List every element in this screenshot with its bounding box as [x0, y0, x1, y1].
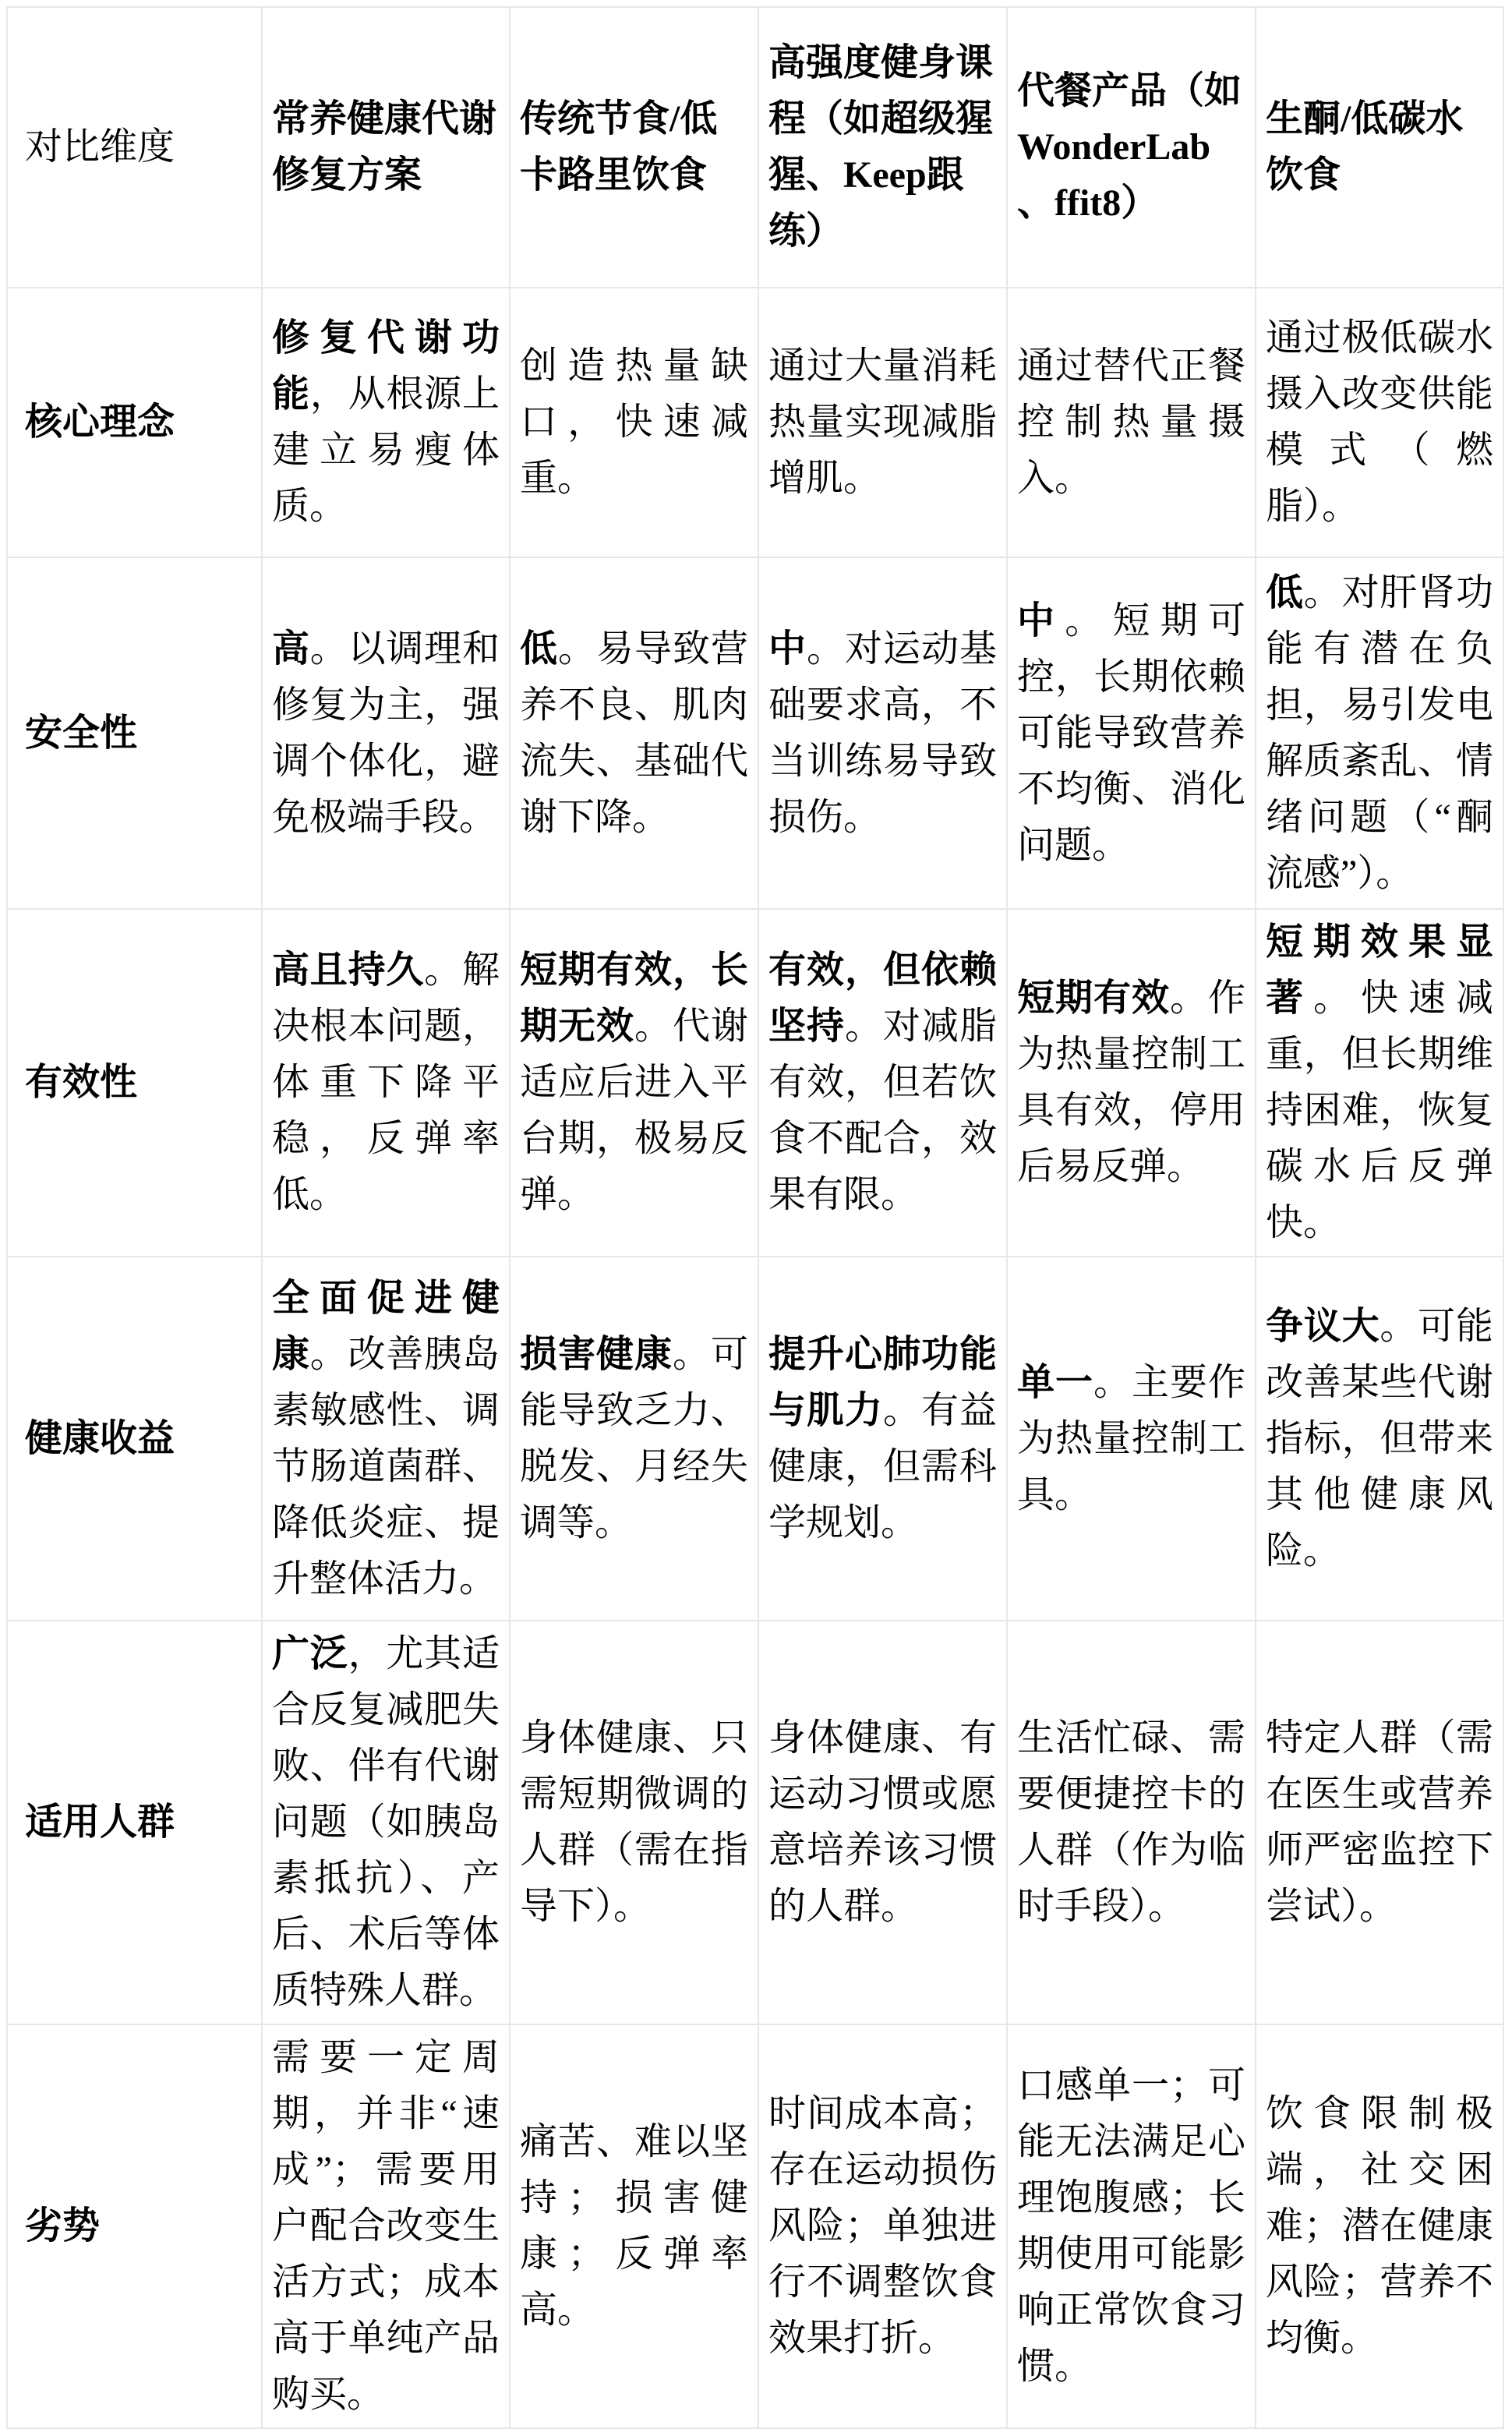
- table-row-3: 健康收益全面促进健康。改善胰岛素敏感性、调节肠道菌群、降低炎症、提升整体活力。损…: [7, 1257, 1503, 1621]
- row-header-4: 适用人群: [7, 1621, 262, 2024]
- cell-text: 创造热量缺口，快速减重。: [520, 345, 748, 499]
- cell-text: 特定人群（需在医生或营养师严密监控下尝试）。: [1266, 1717, 1493, 1927]
- cell-r5-c0: 需要一定周期，并非“速成”；需要用户配合改变生活方式；成本高于单纯产品购买。: [262, 2024, 510, 2428]
- cell-r3-c0: 全面促进健康。改善胰岛素敏感性、调节肠道菌群、降低炎症、提升整体活力。: [262, 1257, 510, 1621]
- cell-r5-c3: 口感单一；可能无法满足心理饱腹感；长期使用可能影响正常饮食习惯。: [1007, 2024, 1256, 2428]
- cell-r0-c4: 通过极低碳水摄入改变供能模式（燃脂）。: [1256, 288, 1503, 557]
- column-header-0: 对比维度: [7, 7, 262, 288]
- column-header-4: 代餐产品（如WonderLab、ffit8）: [1007, 7, 1256, 288]
- column-header-5: 生酮/低碳水饮食: [1256, 7, 1503, 288]
- table-row-0: 核心理念修复代谢功能，从根源上建立易瘦体质。创造热量缺口，快速减重。通过大量消耗…: [7, 288, 1503, 557]
- cell-text: 时间成本高；存在运动损伤风险；单独进行不调整饮食效果打折。: [768, 2093, 997, 2359]
- table-row-2: 有效性高且持久。解决根本问题，体重下降平稳，反弹率低。短期有效，长期无效。代谢适…: [7, 909, 1503, 1257]
- cell-r5-c2: 时间成本高；存在运动损伤风险；单独进行不调整饮食效果打折。: [758, 2024, 1007, 2428]
- table-header: 对比维度常养健康代谢修复方案传统节食/低卡路里饮食高强度健身课程（如超级猩猩、K…: [7, 7, 1503, 288]
- cell-r3-c2: 提升心肺功能与肌力。有益健康，但需科学规划。: [758, 1257, 1007, 1621]
- table-row-5: 劣势需要一定周期，并非“速成”；需要用户配合改变生活方式；成本高于单纯产品购买。…: [7, 2024, 1503, 2428]
- cell-lead-bold: 中: [768, 628, 807, 670]
- cell-r1-c1: 低。易导致营养不良、肌肉流失、基础代谢下降。: [510, 557, 758, 909]
- cell-text: 身体健康、有运动习惯或愿意培养该习惯的人群。: [768, 1717, 997, 1927]
- row-header-2: 有效性: [7, 909, 262, 1257]
- column-header-1: 常养健康代谢修复方案: [262, 7, 510, 288]
- cell-text: 通过大量消耗热量实现减脂增肌。: [768, 345, 997, 499]
- cell-r4-c1: 身体健康、只需短期微调的人群（需在指导下）。: [510, 1621, 758, 2024]
- row-header-5: 劣势: [7, 2024, 262, 2428]
- row-header-3: 健康收益: [7, 1257, 262, 1621]
- cell-r1-c3: 中。短期可控，长期依赖可能导致营养不均衡、消化问题。: [1007, 557, 1256, 909]
- cell-r3-c4: 争议大。可能改善某些代谢指标，但带来其他健康风险。: [1256, 1257, 1503, 1621]
- cell-lead-bold: 低: [520, 628, 558, 670]
- cell-text: 痛苦、难以坚持；损害健康；反弹率高。: [520, 2121, 748, 2331]
- cell-r3-c1: 损害健康。可能导致乏力、脱发、月经失调等。: [510, 1257, 758, 1621]
- cell-r5-c4: 饮食限制极端，社交困难；潜在健康风险；营养不均衡。: [1256, 2024, 1503, 2428]
- table-row-1: 安全性高。以调理和修复为主，强调个体化，避免极端手段。低。易导致营养不良、肌肉流…: [7, 557, 1503, 909]
- header-row: 对比维度常养健康代谢修复方案传统节食/低卡路里饮食高强度健身课程（如超级猩猩、K…: [7, 7, 1503, 288]
- cell-lead-bold: 单一: [1017, 1362, 1093, 1403]
- row-header-0: 核心理念: [7, 288, 262, 557]
- cell-r4-c3: 生活忙碌、需要便捷控卡的人群（作为临时手段）。: [1007, 1621, 1256, 2024]
- cell-text: 通过替代正餐控制热量摄入。: [1017, 345, 1245, 499]
- cell-text: 通过极低碳水摄入改变供能模式（燃脂）。: [1266, 317, 1493, 527]
- cell-lead-bold: 中: [1017, 600, 1065, 642]
- cell-r4-c0: 广泛，尤其适合反复减肥失败、伴有代谢问题（如胰岛素抵抗）、产后、术后等体质特殊人…: [262, 1621, 510, 2024]
- cell-lead-bold: 短期有效: [1017, 978, 1170, 1019]
- cell-lead-bold: 高: [272, 628, 310, 670]
- cell-lead-bold: 低: [1266, 572, 1304, 613]
- cell-r2-c3: 短期有效。作为热量控制工具有效，停用后易反弹。: [1007, 909, 1256, 1257]
- cell-r3-c3: 单一。主要作为热量控制工具。: [1007, 1257, 1256, 1621]
- cell-r0-c0: 修复代谢功能，从根源上建立易瘦体质。: [262, 288, 510, 557]
- row-header-1: 安全性: [7, 557, 262, 909]
- cell-lead-bold: 广泛: [272, 1633, 348, 1674]
- cell-r5-c1: 痛苦、难以坚持；损害健康；反弹率高。: [510, 2024, 758, 2428]
- cell-r0-c2: 通过大量消耗热量实现减脂增肌。: [758, 288, 1007, 557]
- cell-text: 口感单一；可能无法满足心理饱腹感；长期使用可能影响正常饮食习惯。: [1017, 2065, 1245, 2387]
- table-row-4: 适用人群广泛，尤其适合反复减肥失败、伴有代谢问题（如胰岛素抵抗）、产后、术后等体…: [7, 1621, 1503, 2024]
- cell-text: ，尤其适合反复减肥失败、伴有代谢问题（如胰岛素抵抗）、产后、术后等体质特殊人群。: [272, 1633, 500, 2011]
- cell-r2-c0: 高且持久。解决根本问题，体重下降平稳，反弹率低。: [262, 909, 510, 1257]
- cell-text: 身体健康、只需短期微调的人群（需在指导下）。: [520, 1717, 748, 1927]
- cell-r4-c2: 身体健康、有运动习惯或愿意培养该习惯的人群。: [758, 1621, 1007, 2024]
- cell-r0-c3: 通过替代正餐控制热量摄入。: [1007, 288, 1256, 557]
- cell-lead-bold: 损害健康: [520, 1334, 673, 1375]
- comparison-table: 对比维度常养健康代谢修复方案传统节食/低卡路里饮食高强度健身课程（如超级猩猩、K…: [6, 6, 1504, 2429]
- table-body: 核心理念修复代谢功能，从根源上建立易瘦体质。创造热量缺口，快速减重。通过大量消耗…: [7, 288, 1503, 2428]
- cell-text: 饮食限制极端，社交困难；潜在健康风险；营养不均衡。: [1266, 2093, 1493, 2359]
- cell-text: 。对肝肾功能有潜在负担，易引发电解质紊乱、情绪问题（“酮流感”）。: [1266, 572, 1493, 894]
- cell-r1-c0: 高。以调理和修复为主，强调个体化，避免极端手段。: [262, 557, 510, 909]
- cell-r2-c2: 有效，但依赖坚持。对减脂有效，但若饮食不配合，效果有限。: [758, 909, 1007, 1257]
- cell-r1-c2: 中。对运动基础要求高，不当训练易导致损伤。: [758, 557, 1007, 909]
- column-header-3: 高强度健身课程（如超级猩猩、Keep跟练）: [758, 7, 1007, 288]
- cell-text: 需要一定周期，并非“速成”；需要用户配合改变生活方式；成本高于单纯产品购买。: [272, 2037, 500, 2415]
- cell-lead-bold: 高且持久: [272, 949, 424, 991]
- cell-r4-c4: 特定人群（需在医生或营养师严密监控下尝试）。: [1256, 1621, 1503, 2024]
- comparison-table-container: 对比维度常养健康代谢修复方案传统节食/低卡路里饮食高强度健身课程（如超级猩猩、K…: [6, 6, 1504, 2429]
- cell-text: 生活忙碌、需要便捷控卡的人群（作为临时手段）。: [1017, 1717, 1245, 1927]
- column-header-2: 传统节食/低卡路里饮食: [510, 7, 758, 288]
- cell-r1-c4: 低。对肝肾功能有潜在负担，易引发电解质紊乱、情绪问题（“酮流感”）。: [1256, 557, 1503, 909]
- cell-r2-c4: 短期效果显著。快速减重，但长期维持困难，恢复碳水后反弹快。: [1256, 909, 1503, 1257]
- cell-lead-bold: 争议大: [1266, 1306, 1380, 1347]
- cell-r0-c1: 创造热量缺口，快速减重。: [510, 288, 758, 557]
- cell-r2-c1: 短期有效，长期无效。代谢适应后进入平台期，极易反弹。: [510, 909, 758, 1257]
